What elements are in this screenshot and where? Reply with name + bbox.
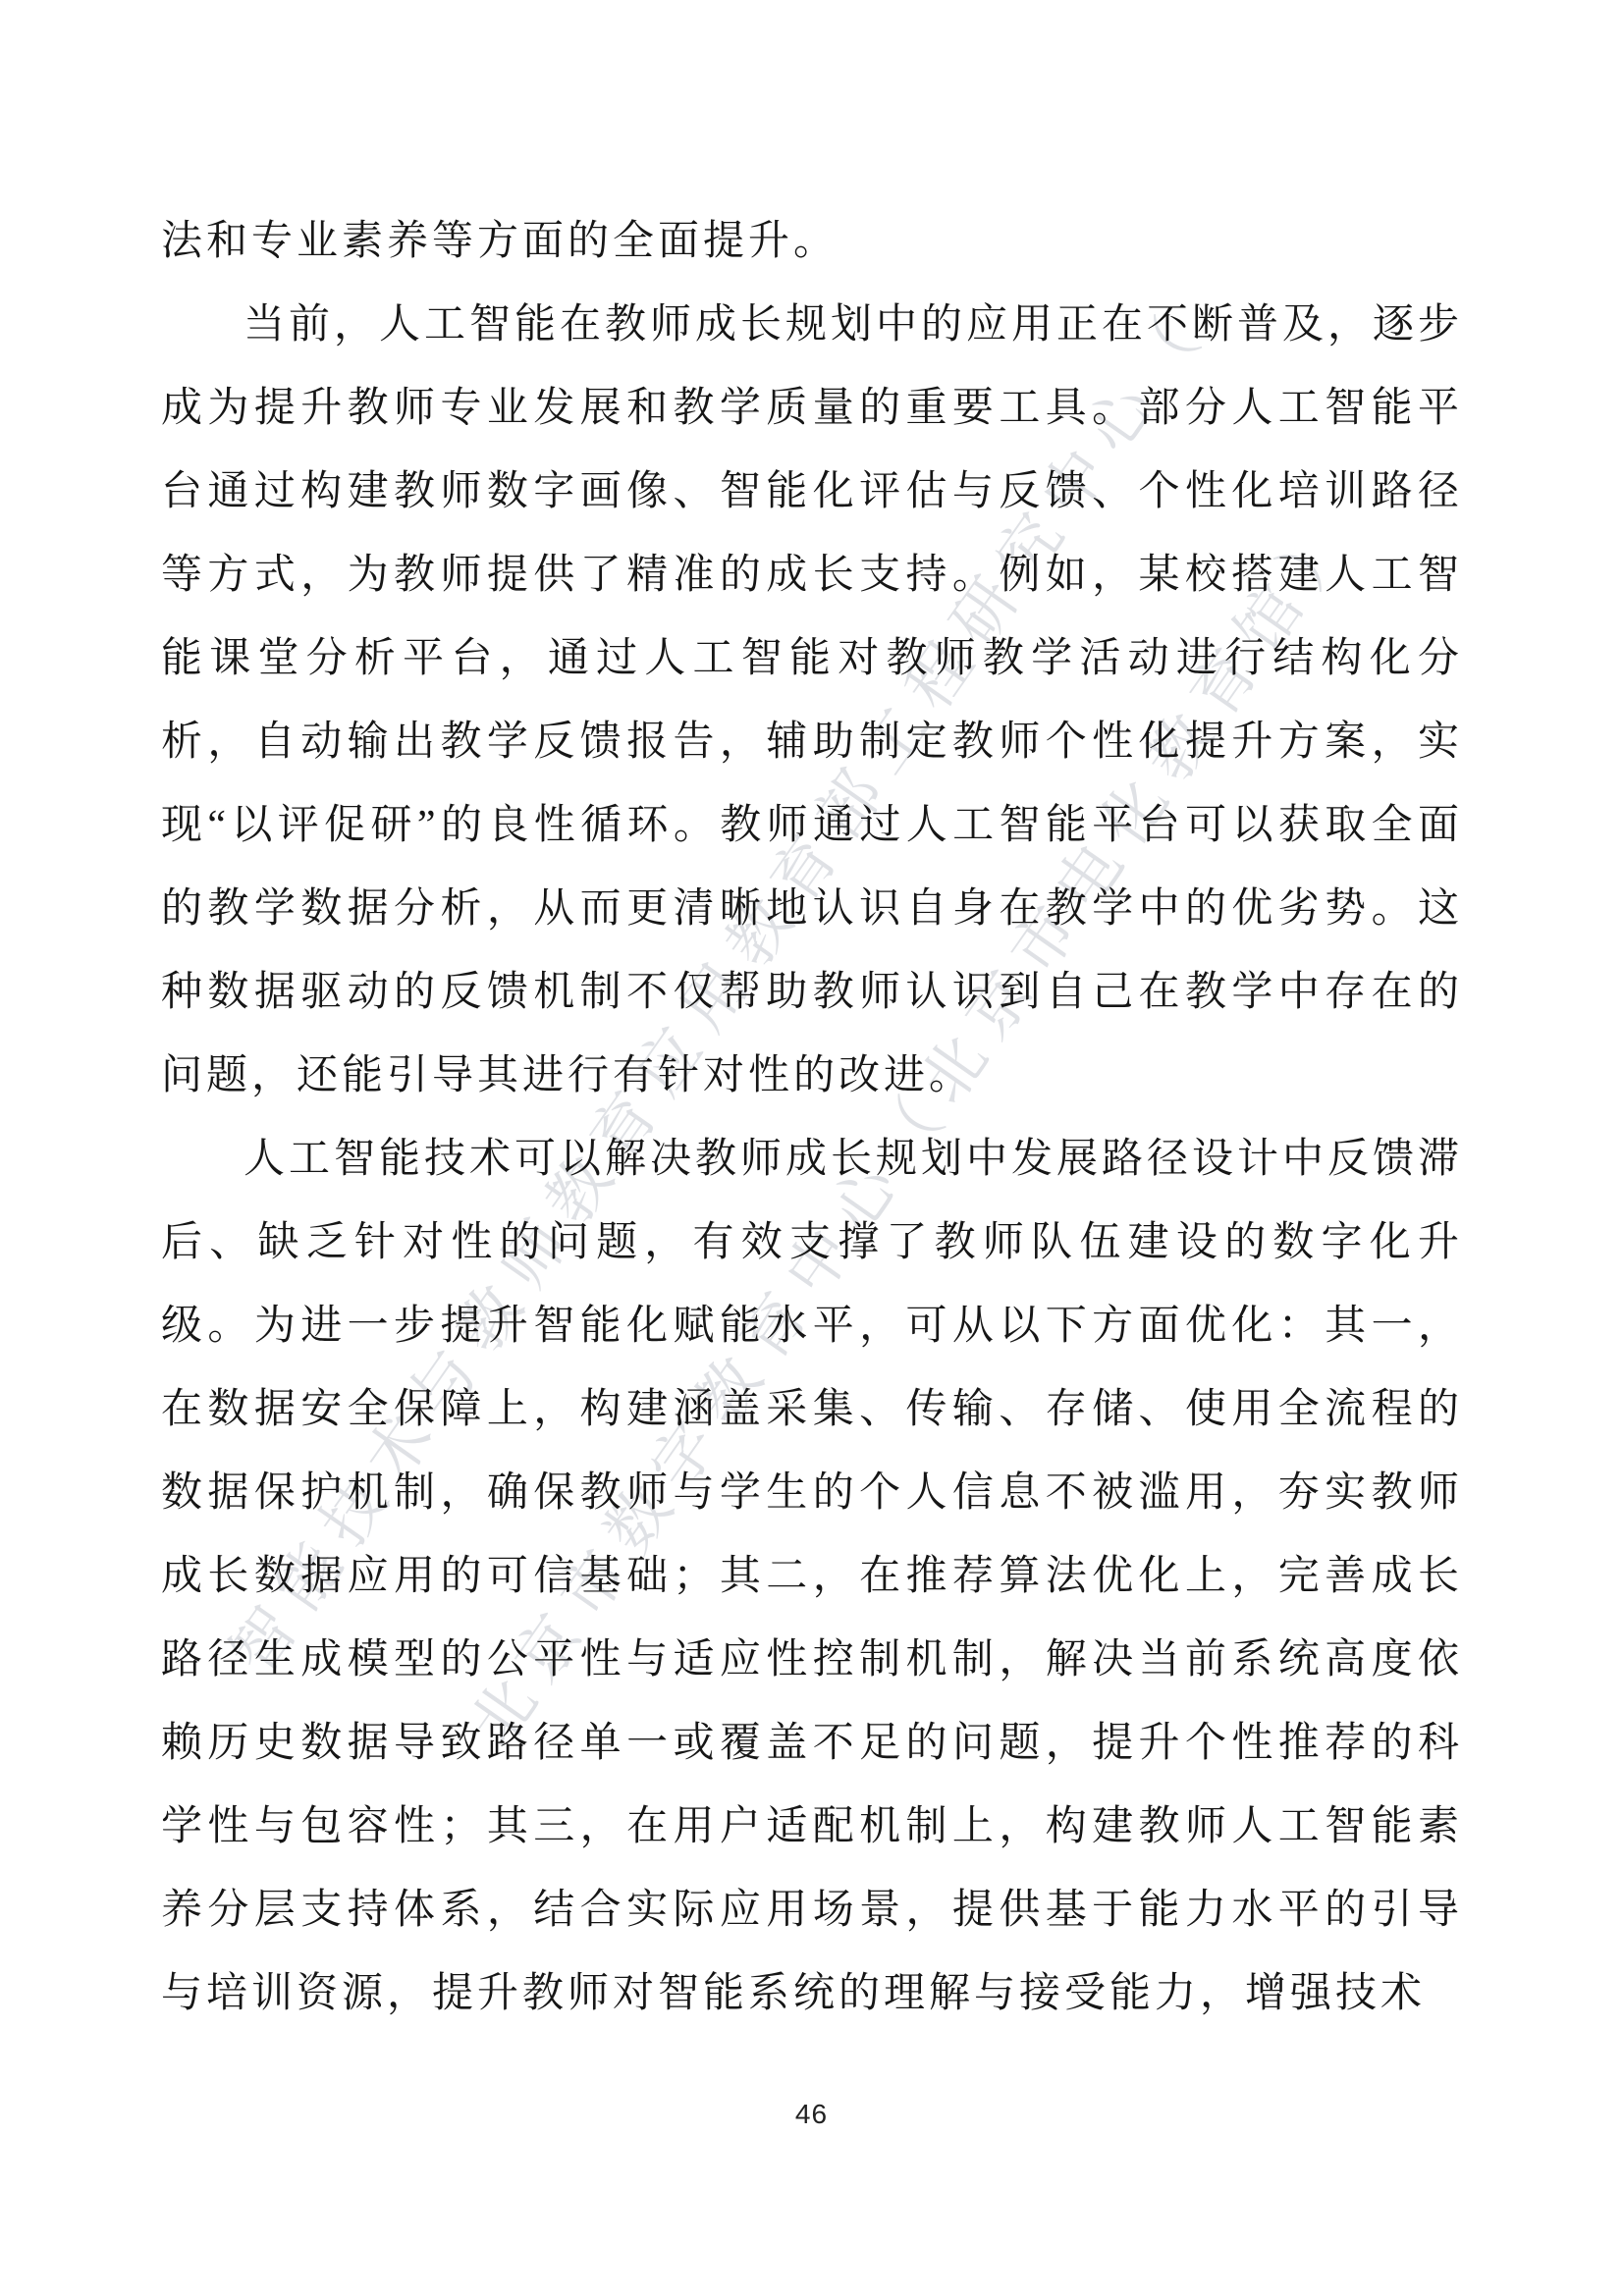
paragraph-current-applications: 当前，人工智能在教师成长规划中的应用正在不断普及，逐步成为提升教师专业发展和教学… [161,284,1463,1118]
paragraph-continuation: 法和专业素养等方面的全面提升。 [161,200,1463,284]
document-page: 智能技术与教师教育应用教育部工程研究中心（ 北京市数字教育中心（北京市电化教育馆… [0,0,1623,2296]
document-body: 法和专业素养等方面的全面提升。 当前，人工智能在教师成长规划中的应用正在不断普及… [161,200,1463,2036]
page-number: 46 [0,2099,1623,2130]
paragraph-optimization-suggestions: 人工智能技术可以解决教师成长规划中发展路径设计中反馈滞后、缺乏针对性的问题，有效… [161,1118,1463,2036]
